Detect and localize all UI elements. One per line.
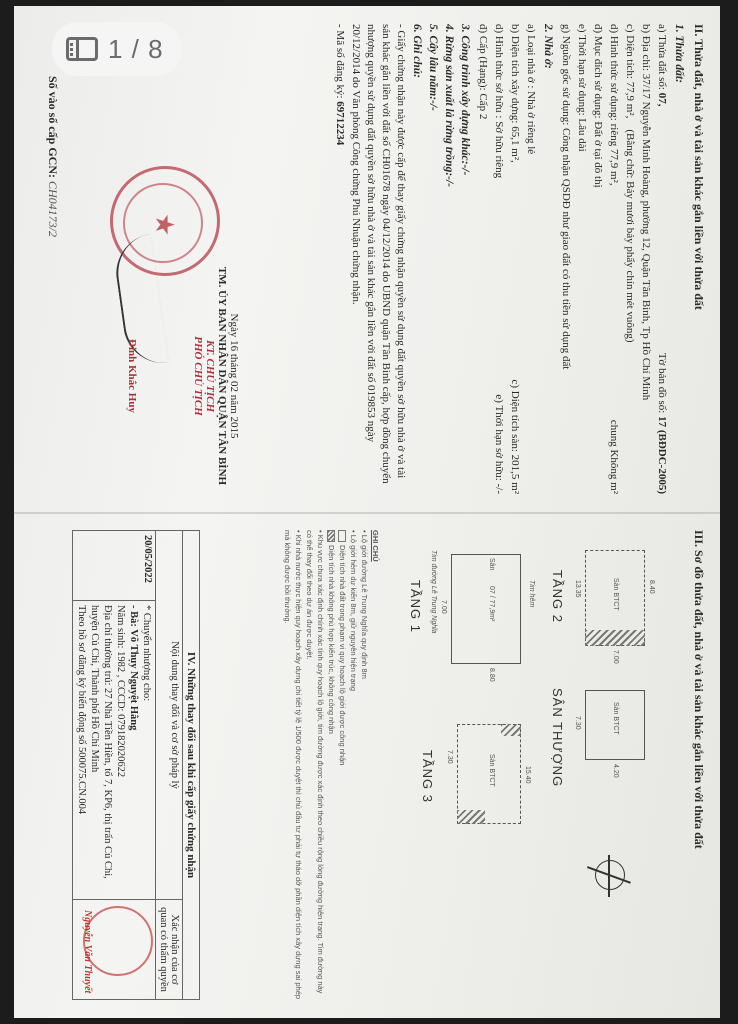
north-arrow-icon [595,860,625,890]
build-area: 65,1 m², [509,126,521,163]
floor-area-label: c) Diện tích sàn: [509,379,521,451]
issue-date: Ngày 16 tháng 02 năm 2015 [228,256,240,496]
map-sheet: 17 (BĐDC-2005) [656,416,668,494]
ownership-term: -/- [493,484,505,494]
map-sheet-label: Tờ bản đồ số: [656,353,668,414]
other-works: 3. Công trình xây dựng khác:-/- [459,24,471,494]
address-line: b) Địa chỉ: 37/17 Nguyễn Minh Hoàng, phư… [638,24,654,494]
ownership: Sở hữu riêng [493,121,505,178]
build-area-label: b) Diện tích xây dựng: [509,24,521,123]
parcel-line: a) Thửa đất số: 07, Tờ bản đồ số: 17 (BĐ… [654,24,670,494]
grade-line: đ) Cấp (Hạng): Cấp 2 [475,24,491,494]
roof-dim: 4.20 [612,764,619,778]
section-4-title: IV. Những thay đổi sau khi cấp giấy chứn… [183,531,200,1000]
floor-3-name: TẦNG 3 [420,750,435,803]
floor-2-dim: 7.00 [612,650,619,664]
legend-item: • Khi nhà nước thực hiện quy hoạch xây d… [282,530,304,1000]
use-form: riêng 77,9 m², [608,124,620,186]
roof-dim: 7.30 [574,716,581,730]
floor-plan-2: Sàn BTCT 8.40 13.35 7.00 TẦNG 2 [535,540,665,660]
purpose: Đất ở tại đô thị [592,121,604,187]
area-line: c) Diện tích: 77,9 m², (Bằng chữ: Bảy mư… [622,24,638,494]
page-counter-text: 1 / 8 [108,34,164,65]
section-3-title: III. Sơ đồ thửa đất, nhà ở và tài sản kh… [691,530,706,1000]
ownership-term-label: e) Thời hạn sở hữu: [493,394,505,480]
signer-name: Đinh Khắc Huy [126,256,138,496]
page-counter[interactable]: 1 / 8 [52,22,182,76]
page-fold [14,512,720,514]
change-confirm: Nguyễn Văn Thuyết [73,900,156,1000]
origin: Công nhận QSDĐ như giao đất có thu tiền … [560,128,572,369]
section-2: II. Thửa đất, nhà ở và tài sản khác gắn … [14,6,720,512]
floor-1-outline [451,554,521,664]
roof-name: SÂN THƯỢNG [550,688,565,787]
gcn-number: Số vào sổ cấp GCN: CH04173/2 [45,76,60,237]
floor-2-dim: 13.35 [574,580,581,598]
col-content-header: Nội dung thay đổi và cơ sở pháp lý [156,531,183,900]
legend-item: • Khu vực chưa xác định chính xác tính q… [304,530,326,1000]
floor-3-hatch [501,724,521,736]
legend-swatch-hatch [327,530,335,542]
content-line: * Chuyển nhượng cho: [140,605,153,895]
area: 77,9 m², [624,82,636,119]
legend-item: • Lộ giới đường Lê Trung Nghĩa quy định … [359,530,370,1000]
land-title: 1. Thửa đất: [673,24,685,494]
gallery-grid-icon[interactable] [66,37,98,61]
registry-label: - Mã số đăng ký: [334,24,346,99]
floor-1-yard: Sân [488,558,495,570]
origin-label: g) Nguồn gốc sử dụng: [560,24,572,125]
house-title: 2. Nhà ở: [542,24,554,494]
term: Lâu dài [576,118,588,151]
legend-item: Diện tích nhà không phù hợp kiến trúc, k… [326,530,337,1000]
changes-table: IV. Những thay đổi sau khi cấp giấy chứn… [72,530,200,1000]
content-line: Năm sinh: 1982 , CCCD: 079182020622 [114,605,127,895]
floor-3-room: Sàn BTCT [488,754,495,787]
floor-3-dim: 15.40 [524,766,531,784]
house-type-label: a) Loại nhà ở : [525,24,537,88]
floor-1-room: 07 / 77,9m² [488,586,495,621]
area-label: c) Diện tích: [624,24,636,79]
floor-plans: Sàn BTCT 8.40 13.35 7.00 TẦNG 2 Sàn BTCT… [385,530,685,1000]
legend-item: • Lộ giới hẻm dự kiến 8m, giữ nguyên hiệ… [348,530,359,1000]
signer-role-2: PHÓ CHỦ TỊCH [192,256,204,496]
issuing-org: TM. ỦY BAN NHÂN DÂN QUẬN TÂN BÌNH [216,256,228,496]
star-icon: ★ [149,213,179,236]
change-content: * Chuyển nhượng cho: - Bà: Võ Thụy Nguyệ… [73,601,156,900]
floor-plan-roof: Sàn BTCT 7.30 4.20 SÂN THƯỢNG [535,680,665,800]
gcn-label: Số vào sổ cấp GCN: [46,76,60,178]
table-row: 20/05/2022 * Chuyển nhượng cho: - Bà: Võ… [73,531,156,1000]
ownership-line: d) Hình thức sở hữu : Sở hữu riêng e) Th… [491,24,507,494]
grade-label: đ) Cấp (Hạng): [477,24,489,91]
content-line: - Bà: Võ Thụy Nguyệt Hằng [127,605,140,895]
floor-1-bottom-label: Tim đường Lê Trung Nghĩa [430,550,437,634]
legend-item: Diện tích nhà đất trong phạm vi quy hoạc… [337,530,348,1000]
floor-2-room: Sàn BTCT [612,578,619,611]
floor-plan-3: Sàn BTCT 15.40 7.30 TẦNG 3 [395,710,535,860]
floor-3-dim: 7.30 [446,750,453,764]
house-type: Nhà ở riêng lẻ [525,91,537,154]
section-2-title: II. Thửa đất, nhà ở và tài sản khác gắn … [691,24,706,494]
ownership-label: d) Hình thức sở hữu : [493,24,505,118]
legend-title: GHI CHÚ [370,530,381,1000]
floor-1-top-label: Tim hẻm [528,580,535,607]
section-3-4: III. Sơ đồ thửa đất, nhà ở và tài sản kh… [14,512,720,1018]
parcel-label: a) Thửa đất số: [656,24,668,90]
content-line: Địa chỉ thường trú: 27 Nhà Tiền Hiền, tổ… [88,605,114,895]
origin-line: g) Nguồn gốc sử dụng: Công nhận QSDĐ như… [558,24,574,494]
house-type-line: a) Loại nhà ở : Nhà ở riêng lẻ [523,24,539,494]
change-date: 20/05/2022 [73,531,156,601]
photo-viewer: II. Thửa đất, nhà ở và tài sản khác gắn … [0,0,738,1024]
floor-1-dim: 7.00 [440,600,447,614]
parcel-no: 07, [656,93,668,107]
use-common: chung Không m² [606,420,622,494]
registry-no: 69712234 [334,101,346,145]
diagram-legend: GHI CHÚ • Lộ giới đường Lê Trung Nghĩa q… [282,530,381,1000]
notes-text: - Giấy chứng nhận này được cấp để thay g… [348,24,408,494]
office-stamp [83,906,153,976]
signature-block: Ngày 16 tháng 02 năm 2015 TM. ỦY BAN NHÂ… [126,256,240,496]
confirm-signer: Nguyễn Văn Thuyết [82,910,93,993]
term-label: e) Thời hạn sử dụng: [576,24,588,116]
purpose-line: đ) Mục đích sử dụng: Đất ở tại đô thị [590,24,606,494]
use-form-label: d) Hình thức sử dụng: [608,24,620,121]
grade: Cấp 2 [477,93,489,119]
notes-title: 6. Ghi chú: [411,24,423,494]
floor-3-hatch [457,810,485,824]
perennial: 5. Cây lâu năm:-/- [427,24,439,494]
floor-2-hatch [585,630,645,646]
content-line: Theo hồ sơ đăng ký biến động số 500075.C… [75,605,88,895]
area-words: (Bằng chữ: Bảy mươi bảy phẩy chín mét vu… [624,129,636,342]
roof-room: Sàn BTCT [612,702,619,735]
address-label: b) Địa chỉ: [640,24,652,71]
gcn-value: CH04173/2 [46,181,60,237]
floor-area: 201,5 m² [509,455,521,494]
purpose-label: đ) Mục đích sử dụng: [592,24,604,119]
floor-1-dim: 8.80 [488,668,495,682]
legend-swatch-plain [338,530,346,542]
term-line: e) Thời hạn sử dụng: Lâu dài [574,24,590,494]
floor-2-dim: 8.40 [648,580,655,594]
registry-line: - Mã số đăng ký: 69712234 [332,24,348,494]
floor-2-name: TẦNG 2 [550,570,565,623]
build-area-line: b) Diện tích xây dựng: 65,1 m², c) Diện … [507,24,523,494]
forest: 4. Rừng sản xuất là rừng trồng:-/- [443,24,455,494]
certificate-photo[interactable]: II. Thửa đất, nhà ở và tài sản khác gắn … [14,6,720,1018]
legend-item-text: Diện tích nhà đất trong phạm vi quy hoạc… [338,545,347,765]
col-confirm-header: Xác nhận của cơ quan có thẩm quyền [156,900,183,1000]
floor-plan-1: Tim hẻm 07 / 77,9m² Sân 7.00 8.80 Tim đư… [395,540,535,690]
legend-item-text: Diện tích nhà không phù hợp kiến trúc, k… [327,545,336,734]
signer-role-1: KT. CHỦ TỊCH [204,256,216,496]
use-form-line: d) Hình thức sử dụng: riêng 77,9 m², chu… [606,24,622,494]
floor-1-name: TẦNG 1 [408,580,423,633]
address: 37/17 Nguyễn Minh Hoàng, phường 12, Quận… [640,74,652,400]
